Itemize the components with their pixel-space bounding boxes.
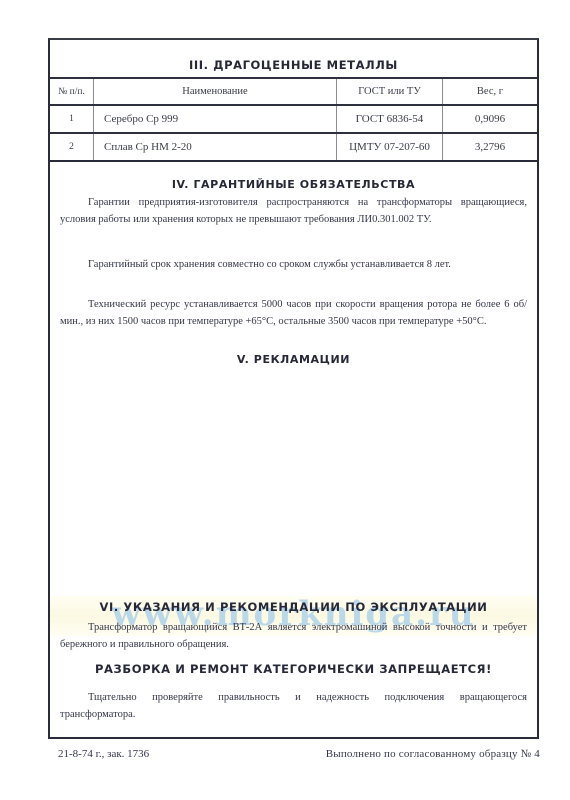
section-6-title: VI. УКАЗАНИЯ И РЕКОМЕНДАЦИИ ПО ЭКСПЛУАТА… — [50, 600, 537, 614]
table-row: 1 Серебро Ср 999 ГОСТ 6836-54 0,9096 — [50, 105, 537, 133]
precious-metals-table: № п/п. Наименование ГОСТ или ТУ Вес, г 1… — [50, 77, 537, 162]
table-header-row: № п/п. Наименование ГОСТ или ТУ Вес, г — [50, 78, 537, 105]
connection-paragraph: Тщательно проверяйте правильность и наде… — [60, 689, 527, 723]
sample-note: Выполнено по согласованному образцу № 4 — [326, 748, 540, 760]
section-4-title: IV. ГАРАНТИЙНЫЕ ОБЯЗАТЕЛЬСТВА — [50, 178, 537, 191]
cell-weight: 0,9096 — [443, 105, 538, 133]
document-frame: III. ДРАГОЦЕННЫЕ МЕТАЛЛЫ № п/п. Наименов… — [48, 38, 539, 739]
repair-warning: РАЗБОРКА И РЕМОНТ КАТЕГОРИЧЕСКИ ЗАПРЕЩАЕ… — [50, 662, 537, 676]
section-5-title: V. РЕКЛАМАЦИИ — [50, 353, 537, 366]
cell-number: 2 — [50, 133, 94, 161]
section-3-title: III. ДРАГОЦЕННЫЕ МЕТАЛЛЫ — [50, 58, 537, 72]
cell-standard: ГОСТ 6836-54 — [337, 105, 443, 133]
warranty-paragraph-3: Технический ресурс устанавливается 5000 … — [60, 296, 527, 330]
column-header-name: Наименование — [94, 78, 337, 105]
cell-standard: ЦМТУ 07-207-60 — [337, 133, 443, 161]
print-info: 21-8-74 г., зак. 1736 — [58, 748, 149, 760]
column-header-standard: ГОСТ или ТУ — [337, 78, 443, 105]
cell-number: 1 — [50, 105, 94, 133]
column-header-number: № п/п. — [50, 78, 94, 105]
column-header-weight: Вес, г — [443, 78, 538, 105]
warranty-paragraph-2: Гарантийный срок хранения совместно со с… — [60, 256, 527, 273]
cell-weight: 3,2796 — [443, 133, 538, 161]
cell-name: Сплав Ср НМ 2-20 — [94, 133, 337, 161]
warranty-paragraph-1: Гарантии предприятия-изготовителя распро… — [60, 194, 527, 228]
operation-paragraph: Трансформатор вращающийся ВТ-2А является… — [60, 619, 527, 653]
cell-name: Серебро Ср 999 — [94, 105, 337, 133]
table-row: 2 Сплав Ср НМ 2-20 ЦМТУ 07-207-60 3,2796 — [50, 133, 537, 161]
